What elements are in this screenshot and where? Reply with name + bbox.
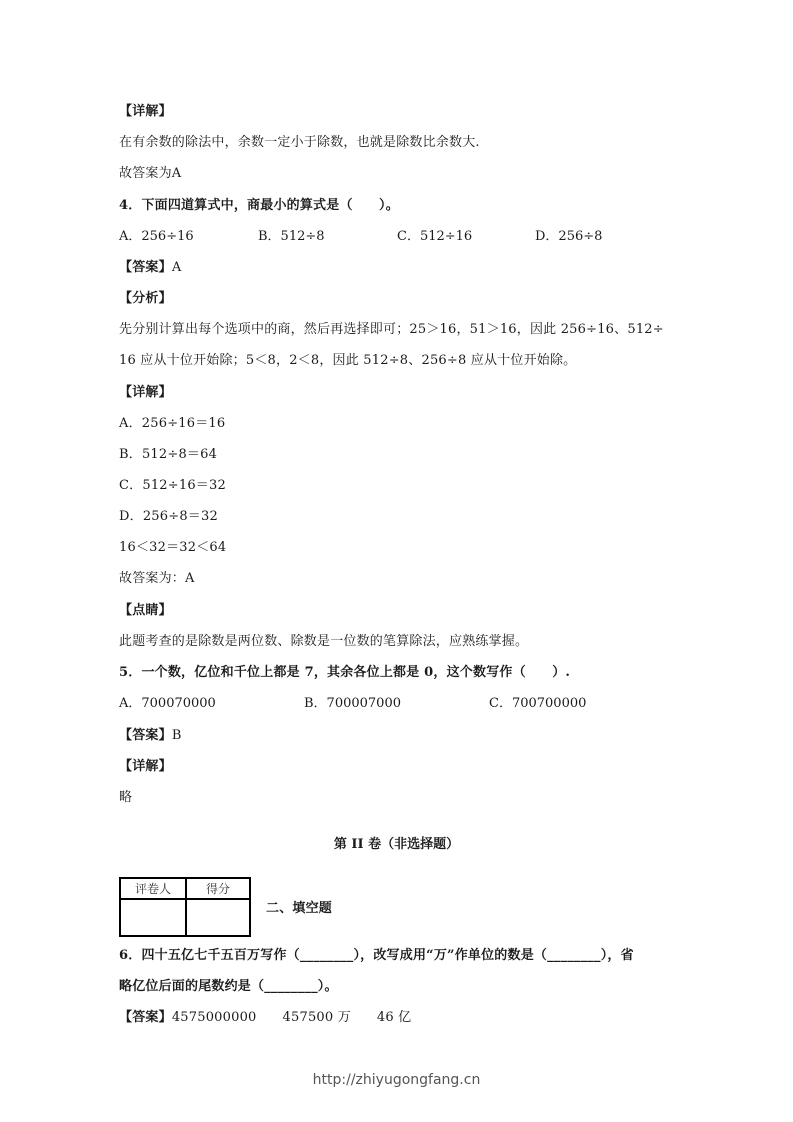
q6-stem-line-1: 6．四十五亿七千五百万写作（________），改写成用“万”作单位的数是（__… [119,948,634,964]
q4-detail-line-5: 16＜32＝32＜64 [119,540,226,556]
q5-answer-value: B [172,728,182,743]
q4-analysis-line-1: 先分别计算出每个选项中的商，然后再选择即可；25＞16，51＞16，因此 256… [119,322,664,338]
q5-answer-label: 【答案】 [119,728,172,743]
footer-url: http://zhiyugongfang.cn [0,1072,793,1088]
q4-comment-text: 此题考查的是除数是两位数、除数是一位数的笔算除法，应熟练掌握。 [119,634,528,650]
q6-answer-value-2: 457500 万 [283,1010,351,1025]
score-table-cell-score[interactable] [186,899,250,936]
q4-answer-label: 【答案】 [119,260,172,275]
q4-detail-line-1: A．256÷16＝16 [119,416,225,432]
q5-detail-label: 【详解】 [119,759,172,775]
score-table-header-grader: 评卷人 [120,878,186,899]
q4-detail-label: 【详解】 [119,385,172,401]
q5-detail-text: 略 [119,790,132,806]
q6-answer-value-1: 4575000000 [172,1010,257,1025]
q6-answer-label: 【答案】 [119,1010,172,1025]
q3-detail-label: 【详解】 [119,104,172,120]
q6-stem-line-2: 略亿位后面的尾数约是（________）。 [119,979,338,995]
q4-option-c: C．512÷16 [397,229,472,245]
section-title: 二、填空题 [266,901,332,917]
q6-answer-value-3: 46 亿 [377,1010,411,1025]
q3-conclusion: 故答案为A [119,166,181,182]
q5-answer: 【答案】B [119,728,182,744]
q5-option-a: A．700070000 [119,696,216,712]
q4-option-a: A．256÷16 [119,229,194,245]
q4-detail-line-2: B．512÷8＝64 [119,447,217,463]
score-table-cell-grader[interactable] [120,899,186,936]
q4-analysis-line-2: 16 应从十位开始除；5＜8，2＜8，因此 512÷8、256÷8 应从十位开始… [119,353,576,369]
q5-option-b: B．700007000 [304,696,401,712]
q5-stem: 5．一个数，亿位和千位上都是 7，其余各位上都是 0，这个数写作（ ）. [119,665,570,681]
q5-option-c: C．700700000 [489,696,586,712]
q4-comment-label: 【点睛】 [119,603,172,619]
q4-stem: 4．下面四道算式中，商最小的算式是（ ）。 [119,198,399,214]
score-table-header-score: 得分 [186,878,250,899]
q4-option-b: B．512÷8 [258,229,325,245]
q4-option-d: D．256÷8 [535,229,602,245]
volume-title: 第 II 卷（非选择题） [0,837,793,853]
q3-detail-text: 在有余数的除法中，余数一定小于除数，也就是除数比余数大. [119,135,480,151]
score-table: 评卷人 得分 [119,877,251,937]
q4-detail-line-4: D．256÷8＝32 [119,509,218,525]
q4-answer-value: A [172,260,182,275]
q4-detail-line-3: C．512÷16＝32 [119,478,226,494]
q6-answer: 【答案】4575000000457500 万46 亿 [119,1010,411,1026]
q4-analysis-label: 【分析】 [119,291,172,307]
q4-answer: 【答案】A [119,260,181,276]
q4-conclusion: 故答案为：A [119,571,195,587]
